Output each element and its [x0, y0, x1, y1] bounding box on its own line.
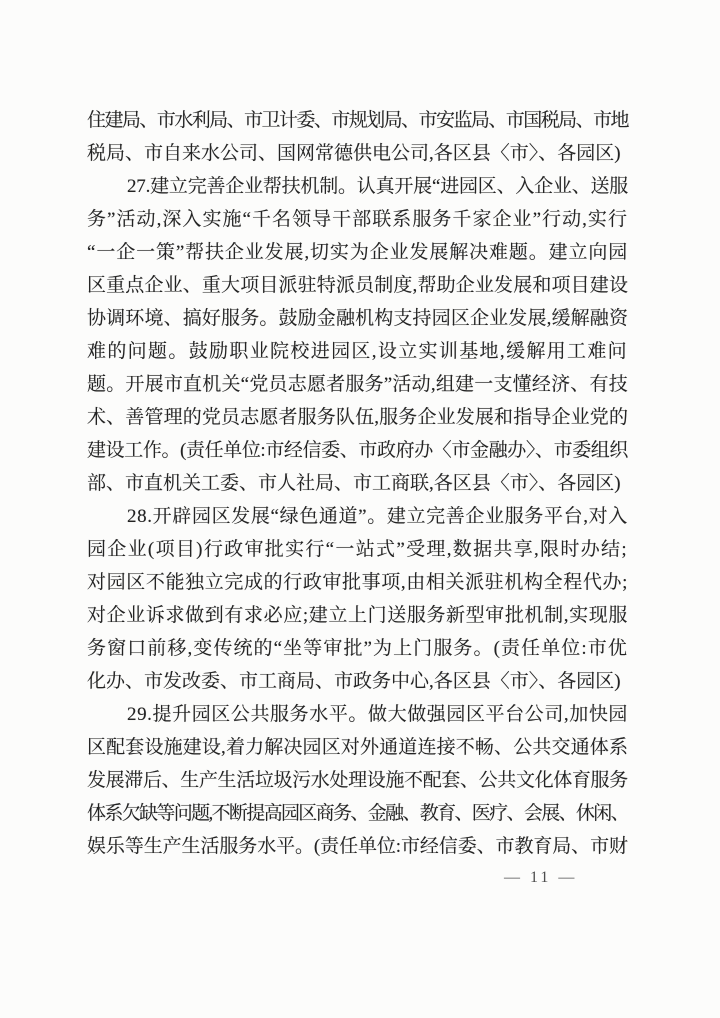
text-line: 27.建立完善企业帮扶机制。认真开展“进园区、入企业、送服	[87, 170, 628, 203]
text-line: 住建局、市水利局、市卫计委、市规划局、市安监局、市国税局、市地	[87, 104, 628, 137]
text-line: 区配套设施建设,着力解决园区对外通道连接不畅、公共交通体系	[87, 731, 628, 764]
text-line: 务窗口前移,变传统的“坐等审批”为上门服务。(责任单位:市优	[87, 632, 628, 665]
text-line: 对企业诉求做到有求必应;建立上门送服务新型审批机制,实现服	[87, 599, 628, 632]
document-body: 住建局、市水利局、市卫计委、市规划局、市安监局、市国税局、市地税局、市自来水公司…	[87, 104, 628, 863]
text-line: 化办、市发改委、市工商局、市政务中心,各区县〈市〉、各园区)	[87, 665, 628, 698]
text-line: 发展滞后、生产生活垃圾污水处理设施不配套、公共文化体育服务	[87, 764, 628, 797]
text-line: 题。开展市直机关“党员志愿者服务”活动,组建一支懂经济、有技	[87, 368, 628, 401]
text-line: 术、善管理的党员志愿者服务队伍,服务企业发展和指导企业党的	[87, 401, 628, 434]
text-line: 税局、市自来水公司、国网常德供电公司,各区县〈市〉、各园区)	[87, 137, 628, 170]
text-line: 部、市直机关工委、市人社局、市工商联,各区县〈市〉、各园区)	[87, 467, 628, 500]
text-line: 对园区不能独立完成的行政审批事项,由相关派驻机构全程代办;	[87, 566, 628, 599]
text-line: 29.提升园区公共服务水平。做大做强园区平台公司,加快园	[87, 698, 628, 731]
text-line: 难的问题。鼓励职业院校进园区,设立实训基地,缓解用工难问	[87, 335, 628, 368]
text-line: 娱乐等生产生活服务水平。(责任单位:市经信委、市教育局、市财	[87, 830, 628, 863]
text-line: 体系欠缺等问题,不断提高园区商务、金融、教育、医疗、会展、休闲、	[87, 797, 628, 830]
text-line: 务”活动,深入实施“千名领导干部联系服务千家企业”行动,实行	[87, 203, 628, 236]
text-line: 28.开辟园区发展“绿色通道”。建立完善企业服务平台,对入	[87, 500, 628, 533]
page-number: — 11 —	[504, 867, 577, 889]
text-line: “一企一策”帮扶企业发展,切实为企业发展解决难题。建立向园	[87, 236, 628, 269]
scanned-document-page: 住建局、市水利局、市卫计委、市规划局、市安监局、市国税局、市地税局、市自来水公司…	[0, 0, 720, 1018]
text-line: 园企业(项目)行政审批实行“一站式”受理,数据共享,限时办结;	[87, 533, 628, 566]
text-line: 区重点企业、重大项目派驻特派员制度,帮助企业发展和项目建设	[87, 269, 628, 302]
text-line: 协调环境、搞好服务。鼓励金融机构支持园区企业发展,缓解融资	[87, 302, 628, 335]
text-line: 建设工作。(责任单位:市经信委、市政府办〈市金融办〉、市委组织	[87, 434, 628, 467]
